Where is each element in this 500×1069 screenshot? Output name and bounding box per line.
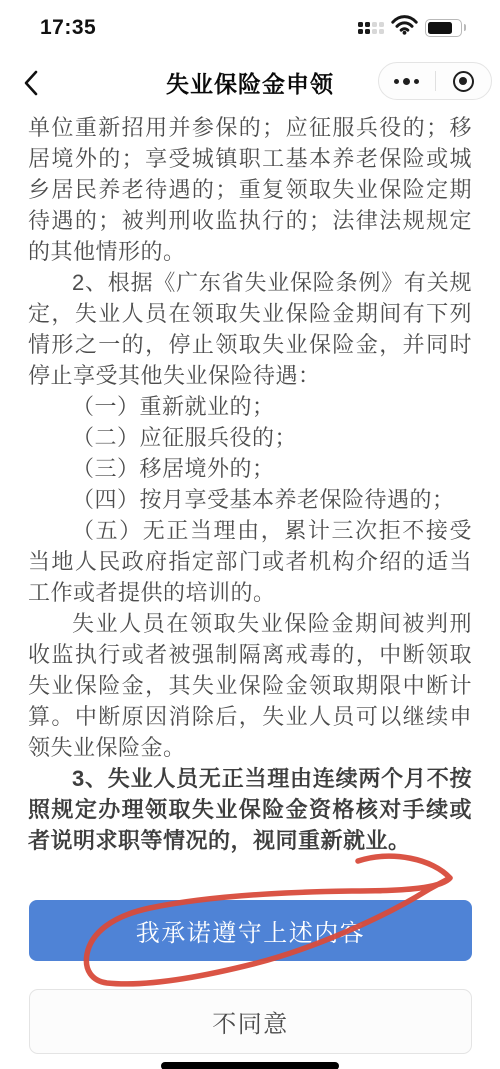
status-bar: 17:35 [0, 0, 500, 55]
status-icons [358, 15, 462, 40]
disagree-button[interactable]: 不同意 [29, 989, 472, 1054]
status-time: 17:35 [40, 16, 96, 40]
policy-text: 单位重新招用并参保的；应征服兵役的；移居境外的；享受城镇职工基本养老保险或城乡居… [28, 112, 472, 856]
page-title: 失业保险金申领 [166, 66, 334, 99]
policy-list-item: （二）应征服兵役的； [28, 422, 472, 453]
home-indicator [161, 1062, 339, 1069]
policy-list-item: （三）移居境外的； [28, 453, 472, 484]
policy-paragraph: 失业人员在领取失业保险金期间被判刑收监执行或者被强制隔离戒毒的，中断领取失业保险… [28, 608, 472, 763]
battery-icon [425, 19, 462, 37]
policy-paragraph: 单位重新招用并参保的；应征服兵役的；移居境外的；享受城镇职工基本养老保险或城乡居… [28, 112, 472, 267]
more-icon[interactable] [379, 63, 435, 99]
policy-list-item: （一）重新就业的； [28, 391, 472, 422]
exit-icon[interactable] [436, 63, 492, 99]
miniprogram-capsule [378, 62, 492, 100]
policy-list-item: （四）按月享受基本养老保险待遇的； [28, 484, 472, 515]
policy-list-item: （五）无正当理由，累计三次拒不接受当地人民政府指定部门或者机构介绍的适当工作或者… [28, 515, 472, 608]
policy-paragraph-bold: 3、失业人员无正当理由连续两个月不按照规定办理领取失业保险金资格核对手续或者说明… [28, 763, 472, 856]
agree-button[interactable]: 我承诺遵守上述内容 [29, 900, 472, 961]
cellular-signal-icon [358, 22, 384, 34]
nav-bar: 失业保险金申领 [0, 55, 500, 110]
back-icon[interactable] [16, 67, 46, 99]
wifi-icon [391, 15, 418, 40]
policy-paragraph: 2、根据《广东省失业保险条例》有关规定，失业人员在领取失业保险金期间有下列情形之… [28, 267, 472, 391]
mini-program-page: 17:35 [0, 0, 500, 1069]
